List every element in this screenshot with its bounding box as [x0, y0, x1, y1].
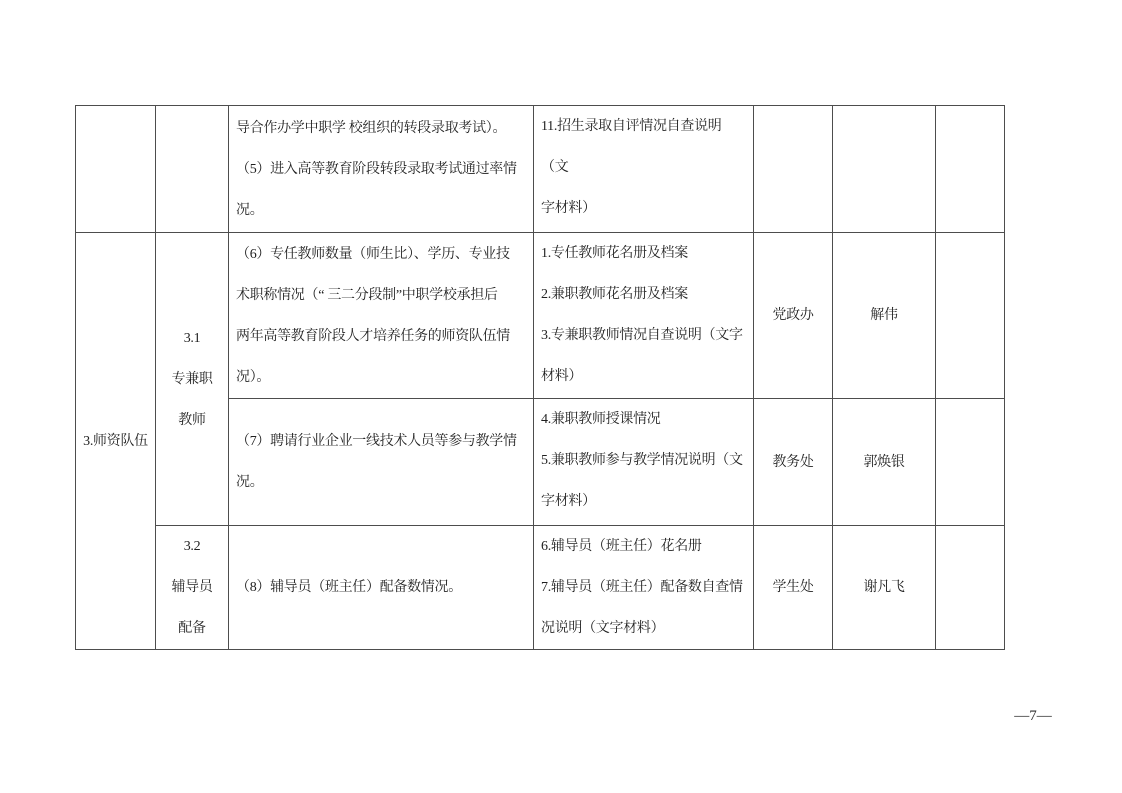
category-cell: 3.师资队伍: [76, 233, 156, 650]
materials-cell: 11.招生录取自评情况自查说明（文 字材料）: [534, 106, 754, 233]
remark-cell: [936, 399, 1005, 526]
materials-cell: 4.兼职教师授课情况 5.兼职教师参与教学情况说明（文 字材料）: [534, 399, 754, 526]
subitem-cell: 3.2 辅导员 配备: [156, 526, 229, 650]
table-row-8: 3.2 辅导员 配备 （8）辅导员（班主任）配备数情况。 6.辅导员（班主任）花…: [76, 526, 1005, 650]
person-cell: 郭焕银: [833, 399, 936, 526]
person-cell: [833, 106, 936, 233]
document-page: 导合作办学中职学 校组织的转段录取考试）。 （5）进入高等教育阶段转段录取考试通…: [0, 0, 1122, 793]
content-cell: （7）聘请行业企业一线技术人员等参与教学情 况。: [229, 399, 534, 526]
content-cell: （8）辅导员（班主任）配备数情况。: [229, 526, 534, 650]
content-cell: （6）专任教师数量（师生比）、学历、专业技 术职称情况（“ 三二分段制”中职学校…: [229, 233, 534, 399]
remark-cell: [936, 233, 1005, 399]
table-row-6: 3.师资队伍 3.1 专兼职 教师 （6）专任教师数量（师生比）、学历、专业技 …: [76, 233, 1005, 399]
page-number: —7—: [998, 708, 1068, 725]
evaluation-table: 导合作办学中职学 校组织的转段录取考试）。 （5）进入高等教育阶段转段录取考试通…: [75, 105, 1005, 650]
materials-cell: 1.专任教师花名册及档案 2.兼职教师花名册及档案 3.专兼职教师情况自查说明（…: [534, 233, 754, 399]
subitem-cell: [156, 106, 229, 233]
department-cell: 党政办: [754, 233, 833, 399]
category-cell: [76, 106, 156, 233]
table-row-continuation: 导合作办学中职学 校组织的转段录取考试）。 （5）进入高等教育阶段转段录取考试通…: [76, 106, 1005, 233]
content-cell: 导合作办学中职学 校组织的转段录取考试）。 （5）进入高等教育阶段转段录取考试通…: [229, 106, 534, 233]
remark-cell: [936, 526, 1005, 650]
department-cell: 学生处: [754, 526, 833, 650]
department-cell: [754, 106, 833, 233]
person-cell: 谢凡飞: [833, 526, 936, 650]
materials-cell: 6.辅导员（班主任）花名册 7.辅导员（班主任）配备数自查情 况说明（文字材料）: [534, 526, 754, 650]
subitem-cell: 3.1 专兼职 教师: [156, 233, 229, 526]
department-cell: 教务处: [754, 399, 833, 526]
person-cell: 解伟: [833, 233, 936, 399]
remark-cell: [936, 106, 1005, 233]
